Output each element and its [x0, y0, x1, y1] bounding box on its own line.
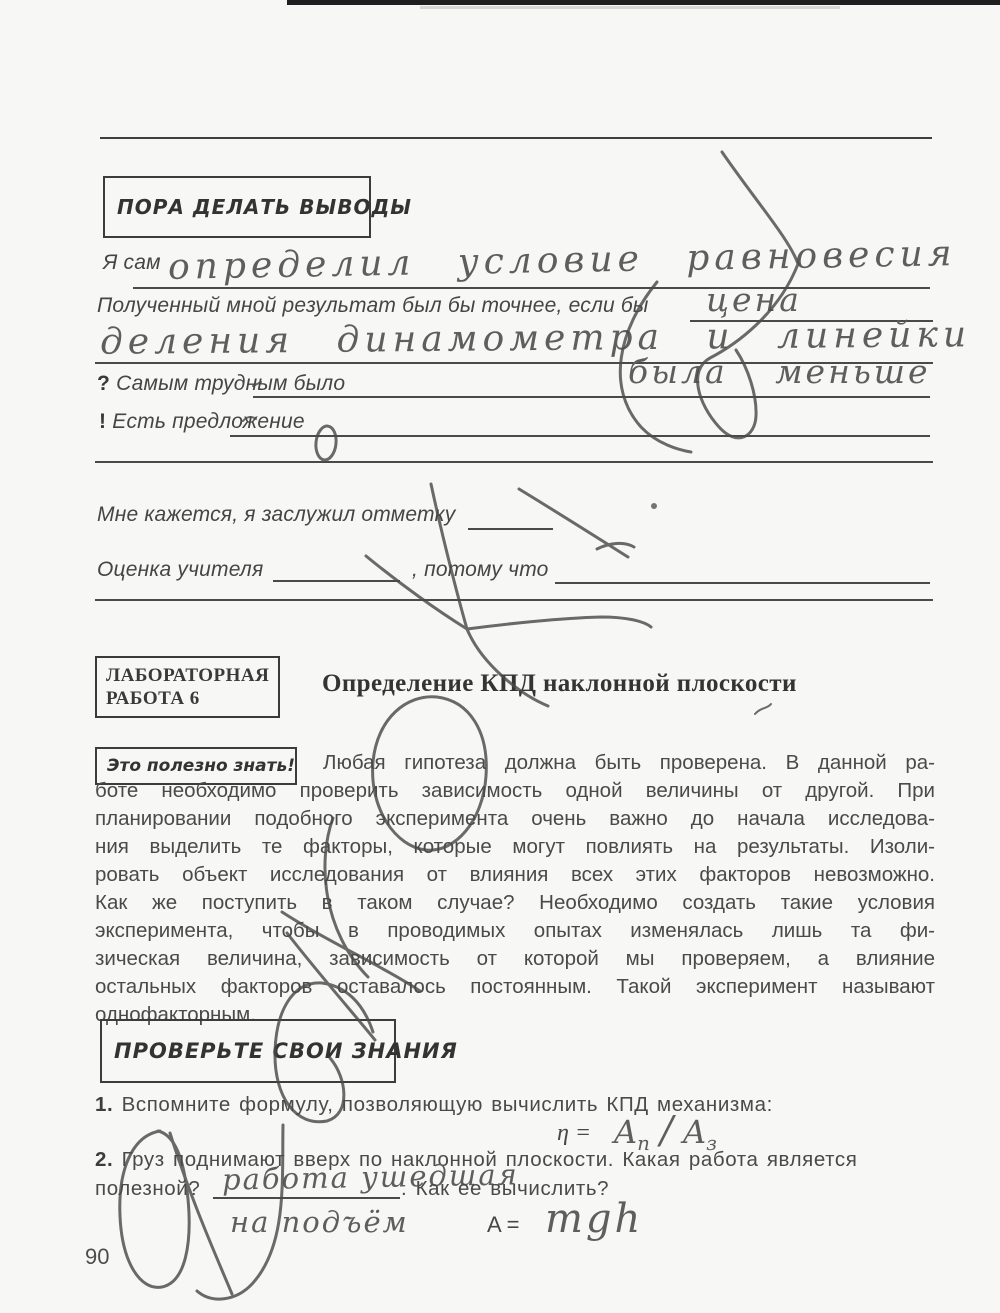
- q6-label: Оценка учителя: [97, 558, 263, 582]
- handwritten-formula-2: mgh: [545, 1196, 643, 1242]
- question2-text2: полезной?: [95, 1177, 200, 1201]
- q5-label: Мне кажется, я заслужил отметку: [97, 503, 455, 527]
- page-number: 90: [85, 1244, 109, 1270]
- paragraph-line: ния выделить те факторы, которые могут п…: [95, 833, 935, 861]
- answer-line: [230, 435, 930, 437]
- q1-label: Я сам: [103, 251, 161, 275]
- scan-edge-band: [287, 0, 1000, 5]
- scan-smear: [420, 6, 840, 9]
- q2-label: Полученный мной результат был бы точнее,…: [97, 294, 649, 318]
- answer-line: [95, 599, 933, 601]
- workbook-page: ПОРА ДЕЛАТЬ ВЫВОДЫ Я сам определил услов…: [0, 0, 1000, 1313]
- paragraph-line: зическая величина, зависимость от которо…: [95, 945, 935, 973]
- answer-line: [468, 528, 553, 530]
- handwritten-answer-2a: цена: [706, 280, 802, 319]
- question2-number: 2.: [95, 1148, 113, 1171]
- formula1-lhs: η =: [557, 1120, 591, 1147]
- answer-line: [95, 461, 933, 463]
- lab-work-label-line1: ЛАБОРАТОРНАЯ: [106, 664, 269, 687]
- q3-label: Самым трудным было: [116, 372, 345, 395]
- paragraph-line: планировании подобного эксперимента очен…: [95, 805, 935, 833]
- answer-line: [253, 396, 930, 398]
- formula2-lhs: A =: [487, 1212, 519, 1238]
- top-rule: [100, 137, 932, 139]
- q6-label2: , потому что: [412, 558, 549, 582]
- paragraph-line: Любая гипотеза должна быть проверена. В …: [323, 749, 935, 777]
- lab-work-label-line2: РАБОТА 6: [106, 687, 269, 710]
- paragraph-line: остальных факторов оставалось постоянным…: [95, 973, 935, 1001]
- check-knowledge-label: ПРОВЕРЬТЕ СВОИ ЗНАНИЯ: [114, 1039, 458, 1063]
- question1-number: 1.: [95, 1093, 113, 1116]
- conclusions-header-label: ПОРА ДЕЛАТЬ ВЫВОДЫ: [117, 195, 412, 219]
- paragraph-line: боте необходимо проверить зависимость од…: [95, 777, 935, 805]
- handwritten-answer-2c: была меньше: [628, 352, 931, 391]
- conclusions-header-box: ПОРА ДЕЛАТЬ ВЫВОДЫ: [103, 176, 371, 238]
- q4-mark: !: [99, 410, 106, 433]
- handwritten-answer-q2b: на подъём: [230, 1205, 409, 1239]
- answer-line: [273, 580, 400, 582]
- q4-label: Есть предложение: [112, 410, 304, 433]
- lab-work-box: ЛАБОРАТОРНАЯ РАБОТА 6: [95, 656, 280, 718]
- paragraph-line: Как же поступить в таком случае? Необход…: [95, 889, 935, 917]
- paragraph-line: эксперимента, чтобы в проводимых опытах …: [95, 917, 935, 945]
- answer-line: [133, 287, 930, 289]
- section-title: Определение КПД наклонной плоскости: [322, 670, 797, 698]
- paragraph-line: ровать объект исследования от влияния вс…: [95, 861, 935, 889]
- handwritten-answer-1: определил условие равновесия: [168, 233, 957, 288]
- tip-paragraph: Любая гипотеза должна быть проверена. В …: [95, 749, 935, 1029]
- q3-mark: ?: [97, 372, 110, 395]
- check-knowledge-box: ПРОВЕРЬТЕ СВОИ ЗНАНИЯ: [100, 1019, 396, 1083]
- answer-line: [555, 582, 930, 584]
- answer-line: [213, 1197, 400, 1199]
